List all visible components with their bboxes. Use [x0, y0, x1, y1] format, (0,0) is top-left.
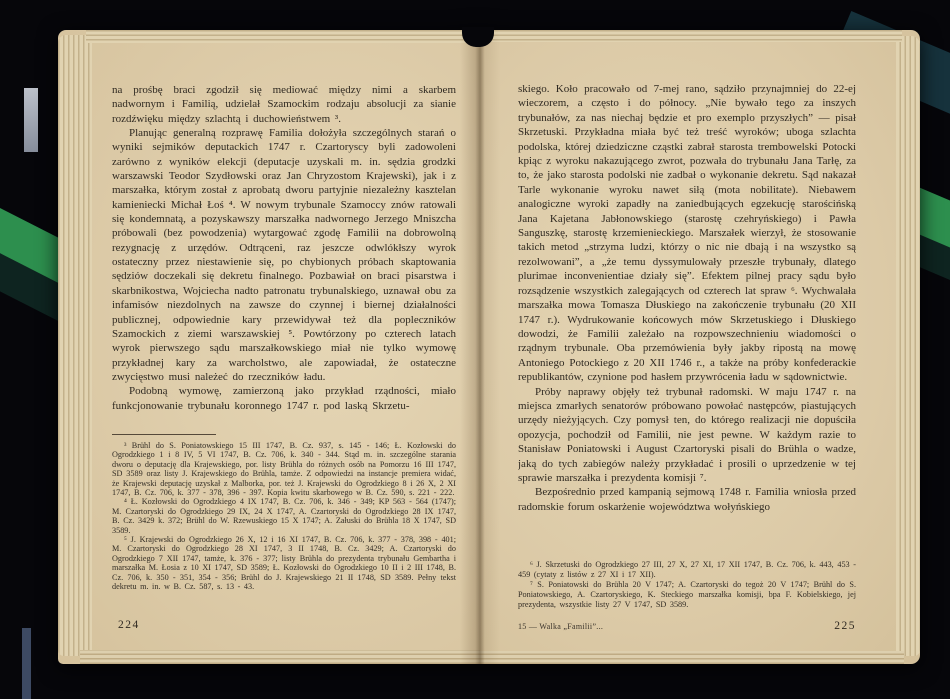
left-page: na prośbę braci zgodził się mediować mię…: [58, 30, 480, 664]
book-photo-scene: na prośbę braci zgodził się mediować mię…: [0, 0, 950, 699]
footnote-separator: [112, 434, 216, 435]
open-book: na prośbę braci zgodził się mediować mię…: [58, 30, 920, 664]
footnote: ⁷ S. Poniatowski do Brühla 20 V 1747; A.…: [518, 580, 856, 610]
body-paragraph: Bezpośrednio przed kampanią sejmową 1748…: [518, 485, 856, 514]
right-page-body-text: skiego. Koło pracowało od 7-mej rano, są…: [518, 82, 856, 560]
body-paragraph: Podobną wymowę, zamierzoną jako przykład…: [112, 384, 456, 413]
left-page-footnotes: ³ Brühl do S. Poniatowskiego 15 III 1747…: [112, 441, 456, 613]
right-page-footer: 15 — Walka „Familii”... 225: [518, 620, 856, 632]
right-page: skiego. Koło pracowało od 7-mej rano, są…: [480, 30, 920, 664]
left-page-edge-stack: [58, 35, 92, 656]
left-page-number: 224: [118, 619, 140, 631]
right-page-footnotes: ⁶ J. Skrzetuski do Ogrodzkiego 27 III, 2…: [518, 560, 856, 612]
right-page-top-edge: [480, 30, 902, 42]
body-paragraph: skiego. Koło pracowało od 7-mej rano, są…: [518, 82, 856, 385]
left-page-bottom-edge: [80, 650, 480, 664]
footnote: ⁴ Ł. Kozłowski do Ogrodzkiego 4 IX 1747,…: [112, 497, 456, 535]
grey-bookmark-tab: [24, 88, 38, 152]
left-page-body-text: na prośbę braci zgodził się mediować mię…: [112, 83, 456, 435]
footnote: ⁶ J. Skrzetuski do Ogrodzkiego 27 III, 2…: [518, 560, 856, 580]
footnote: ⁵ J. Krajewski do Ogrodzkiego 26 X, 12 i…: [112, 535, 456, 591]
right-page-bottom-edge: [480, 651, 904, 664]
right-page-edge-stack: [896, 36, 920, 656]
body-paragraph: Próby naprawy objęły też trybunał radoms…: [518, 385, 856, 486]
body-paragraph: na prośbę braci zgodził się mediować mię…: [112, 83, 456, 126]
left-page-top-edge: [86, 30, 480, 43]
footnote: ³ Brühl do S. Poniatowskiego 15 III 1747…: [112, 441, 456, 497]
body-paragraph: Planując generalną rozprawę Familia doło…: [112, 126, 456, 384]
blue-edge-strip: [22, 628, 31, 699]
right-page-number: 225: [834, 620, 856, 632]
signature-mark: 15 — Walka „Familii”...: [518, 622, 603, 631]
